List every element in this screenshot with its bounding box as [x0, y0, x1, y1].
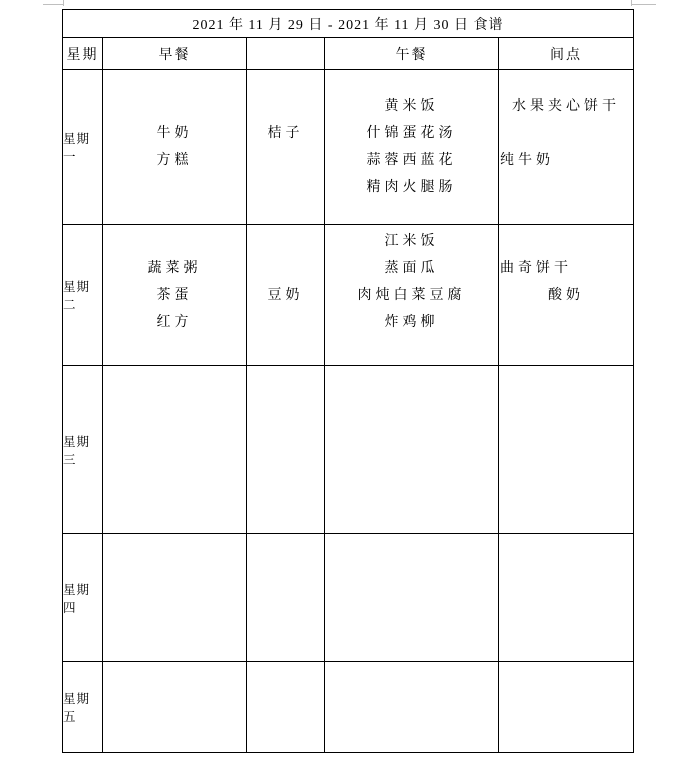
cell-breakfast-friday: [103, 662, 247, 753]
margin-crop-mark-top-right: [631, 4, 656, 5]
cell-extra-friday: [247, 662, 325, 753]
menu-item: 牛奶: [103, 120, 246, 147]
cell-breakfast-wednesday: [103, 366, 247, 534]
menu-item: 方糕: [103, 147, 246, 174]
cell-snack-friday: [499, 662, 634, 753]
weekday-label-monday: 星期一: [63, 70, 103, 225]
menu-item: 肉炖白菜豆腐: [325, 282, 498, 309]
cell-lunch-friday: [325, 662, 499, 753]
menu-item: 精肉火腿肠: [325, 174, 498, 201]
table-row-friday: 星期五: [63, 662, 634, 753]
document-page: 2021 年 11 月 29 日 - 2021 年 11 月 30 日 食谱 星…: [0, 0, 694, 758]
menu-item: [499, 309, 633, 336]
cell-snack-tuesday: 曲奇饼干 酸奶: [499, 225, 634, 366]
menu-item: 曲奇饼干: [499, 255, 633, 282]
cell-extra-wednesday: [247, 366, 325, 534]
menu-item: 炸鸡柳: [325, 309, 498, 336]
table-row-wednesday: 星期三: [63, 366, 634, 534]
table-title-row: 2021 年 11 月 29 日 - 2021 年 11 月 30 日 食谱: [63, 10, 634, 38]
menu-item: 茶蛋: [103, 282, 246, 309]
menu-item: 红方: [103, 309, 246, 336]
menu-item: 酸奶: [499, 282, 633, 309]
cell-breakfast-thursday: [103, 534, 247, 662]
margin-crop-mark-top-right: [631, 0, 632, 6]
cell-lunch-thursday: [325, 534, 499, 662]
menu-item: [499, 174, 633, 201]
column-header-breakfast: 早餐: [103, 38, 247, 70]
menu-item: 江米饭: [325, 228, 498, 255]
weekday-label-wednesday: 星期三: [63, 366, 103, 534]
cell-breakfast-tuesday: 蔬菜粥 茶蛋 红方: [103, 225, 247, 366]
cell-snack-thursday: [499, 534, 634, 662]
menu-item: 什锦蛋花汤: [325, 120, 498, 147]
table-header-row: 星期 早餐 午餐 间点: [63, 38, 634, 70]
menu-item: 蒜蓉西蓝花: [325, 147, 498, 174]
cell-lunch-wednesday: [325, 366, 499, 534]
weekday-label-tuesday: 星期二: [63, 225, 103, 366]
cell-snack-wednesday: [499, 366, 634, 534]
menu-table: 2021 年 11 月 29 日 - 2021 年 11 月 30 日 食谱 星…: [62, 9, 634, 753]
menu-item: 纯牛奶: [499, 147, 633, 174]
menu-item: 蔬菜粥: [103, 255, 246, 282]
column-header-snack: 间点: [499, 38, 634, 70]
table-row-tuesday: 星期二 蔬菜粥 茶蛋 红方 豆奶 江米饭 蒸面瓜 肉炖白菜豆腐 炸鸡柳: [63, 225, 634, 366]
cell-lunch-tuesday: 江米饭 蒸面瓜 肉炖白菜豆腐 炸鸡柳: [325, 225, 499, 366]
menu-item: [499, 120, 633, 147]
cell-snack-monday: 水果夹心饼干 纯牛奶: [499, 70, 634, 225]
menu-item: [325, 336, 498, 363]
menu-item: 桔子: [247, 120, 324, 147]
table-row-monday: 星期一 牛奶 方糕 桔子 黄米饭 什锦蛋花汤 蒜蓉西蓝花 精肉火腿肠: [63, 70, 634, 225]
cell-lunch-monday: 黄米饭 什锦蛋花汤 蒜蓉西蓝花 精肉火腿肠: [325, 70, 499, 225]
menu-item: 黄米饭: [325, 93, 498, 120]
menu-item: 水果夹心饼干: [499, 93, 633, 120]
cell-extra-thursday: [247, 534, 325, 662]
margin-crop-mark-top-left: [43, 4, 64, 5]
weekday-label-friday: 星期五: [63, 662, 103, 753]
column-header-lunch: 午餐: [325, 38, 499, 70]
cell-breakfast-monday: 牛奶 方糕: [103, 70, 247, 225]
table-row-thursday: 星期四: [63, 534, 634, 662]
menu-item: 蒸面瓜: [325, 255, 498, 282]
menu-item: [247, 147, 324, 174]
column-header-weekday: 星期: [63, 38, 103, 70]
cell-extra-monday: 桔子: [247, 70, 325, 225]
menu-item: 豆奶: [247, 282, 324, 309]
table-title: 2021 年 11 月 29 日 - 2021 年 11 月 30 日 食谱: [63, 10, 634, 38]
column-header-extra: [247, 38, 325, 70]
weekday-label-thursday: 星期四: [63, 534, 103, 662]
cell-extra-tuesday: 豆奶: [247, 225, 325, 366]
margin-crop-mark-top-left: [63, 0, 64, 6]
